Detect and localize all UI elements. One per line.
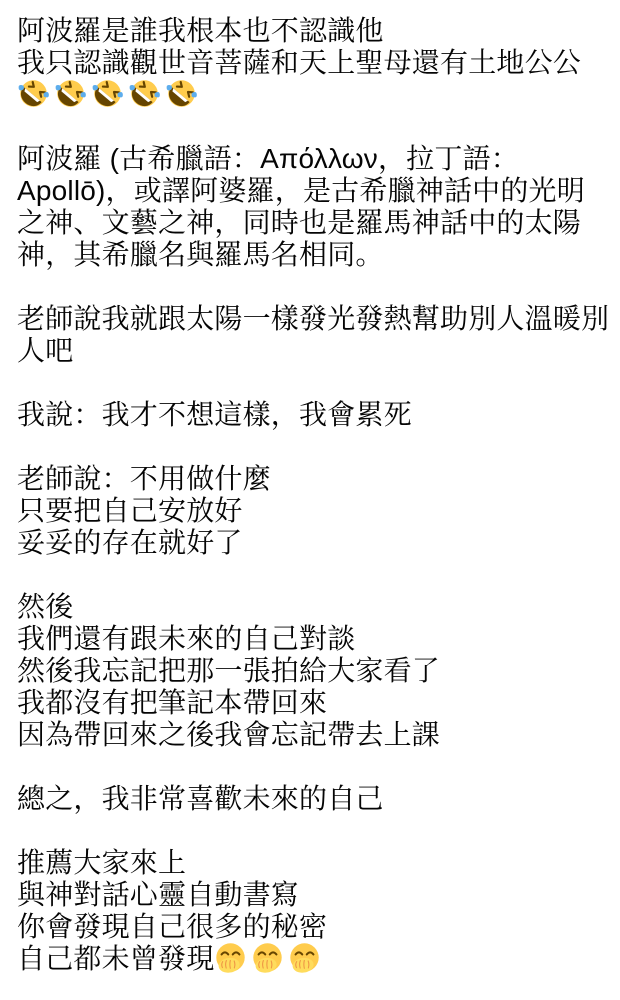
line-text: 老師說我就跟太陽一樣發光發熱幫助別人溫暖別 bbox=[17, 297, 609, 337]
rofl-emoji-icon bbox=[17, 77, 50, 110]
hand-over-mouth-emoji-icon bbox=[288, 941, 321, 974]
text-line: 總之，我非常喜歡未來的自己 bbox=[17, 781, 614, 813]
text-line: 妥妥的存在就好了 bbox=[17, 525, 614, 557]
hand-over-mouth-emoji-icon bbox=[251, 941, 284, 974]
rofl-emoji-icon bbox=[165, 77, 198, 110]
line-text: 我只認識觀世音菩薩和天上聖母還有土地公公 bbox=[17, 41, 581, 81]
text-line: 老師說我就跟太陽一樣發光發熱幫助別人溫暖別 bbox=[17, 301, 614, 333]
line-text: 我說：我才不想這樣，我會累死 bbox=[17, 393, 412, 433]
line-text: 人吧 bbox=[17, 329, 73, 369]
hand-over-mouth-emoji-icon bbox=[214, 941, 247, 974]
text-line: 我只認識觀世音菩薩和天上聖母還有土地公公 bbox=[17, 45, 614, 77]
line-text: 妥妥的存在就好了 bbox=[17, 521, 243, 561]
line-text: 因為帶回來之後我會忘記帶去上課 bbox=[17, 713, 440, 753]
text-line: 我說：我才不想這樣，我會累死 bbox=[17, 397, 614, 429]
rofl-emoji-icon bbox=[91, 77, 124, 110]
text-line: 因為帶回來之後我會忘記帶去上課 bbox=[17, 717, 614, 749]
text-line: 人吧 bbox=[17, 333, 614, 365]
blank-line bbox=[17, 557, 614, 589]
text-line: 神，其希臘名與羅馬名相同。 bbox=[17, 237, 614, 269]
text-line: 自己都未曾發現 bbox=[17, 941, 614, 973]
rofl-emoji-icon bbox=[54, 77, 87, 110]
line-text: 自己都未曾發現 bbox=[17, 937, 214, 977]
emoji-line bbox=[17, 77, 614, 109]
rofl-emoji-icon bbox=[128, 77, 161, 110]
line-text: 總之，我非常喜歡未來的自己 bbox=[17, 777, 384, 817]
post-text: 阿波羅是誰我根本也不認識他我只認識觀世音菩薩和天上聖母還有土地公公阿波羅 (古希… bbox=[0, 0, 620, 973]
line-text: 神，其希臘名與羅馬名相同。 bbox=[17, 233, 384, 273]
